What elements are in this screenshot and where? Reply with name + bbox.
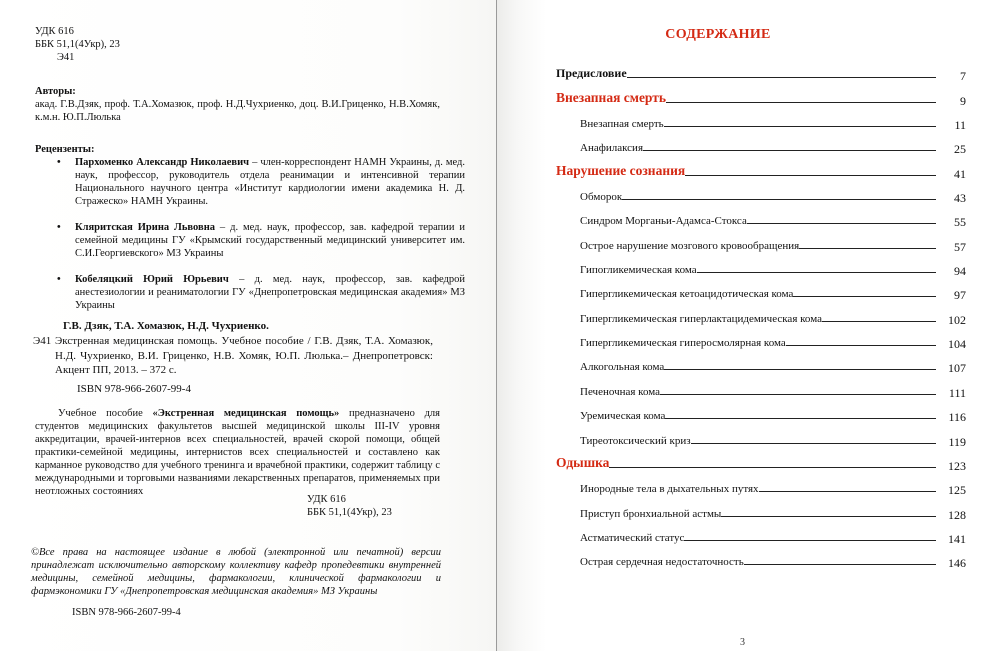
toc-entry-title: Гипергликемическая кетоацидотическая ком…	[556, 288, 793, 300]
toc-entry[interactable]: Астматический статус141	[556, 520, 966, 544]
toc-section[interactable]: Одышка123	[556, 447, 966, 471]
toc-entry[interactable]: Гипергликемическая гиперосмолярная кома1…	[556, 325, 966, 349]
bibliography-text: Экстренная медицинская помощь. Учебное п…	[33, 334, 433, 378]
toc-entry[interactable]: Уремическая кома116	[556, 398, 966, 422]
bbk-code: ББК 51,1(4Укр), 23	[35, 38, 120, 51]
reviewer-name: Кляритская Ирина Львовна	[75, 222, 215, 233]
reviewer-name: Пархоменко Александр Николаевич	[75, 157, 249, 168]
toc-entry-title: Гипергликемическая гиперосмолярная кома	[556, 337, 786, 349]
udk-code: УДК 616	[35, 25, 120, 38]
page-number: 3	[740, 637, 745, 648]
toc-entry[interactable]: Синдром Морганьи-Адамса-Стокса55	[556, 203, 966, 227]
udk-block-bottom: УДК 616 ББК 51,1(4Укр), 23	[307, 493, 392, 519]
toc-entry-title: Тиреотоксический криз	[556, 435, 691, 447]
toc-leader-line	[747, 223, 936, 224]
reviewer-item: •Кляритская Ирина Львовна – д. мед. наук…	[35, 221, 465, 260]
toc-entry[interactable]: Тиреотоксический криз119	[556, 422, 966, 446]
udk-code-bottom: УДК 616	[307, 493, 392, 506]
toc-entry-title: Острая сердечная недостаточность	[556, 556, 744, 568]
toc-leader-line	[666, 102, 936, 103]
reviewer-name: Кобеляцкий Юрий Юрьевич	[75, 274, 229, 285]
toc-leader-line	[664, 369, 936, 370]
toc-entry-title: Печеночная кома	[556, 386, 660, 398]
toc-leader-line	[759, 491, 936, 492]
toc-leader-line	[664, 126, 936, 127]
authors-block: Авторы: акад. Г.В.Дзяк, проф. Т.А.Хомазю…	[35, 85, 440, 124]
toc-entry[interactable]: Острое нарушение мозгового кровообращени…	[556, 227, 966, 251]
bibliography-entry: Э41 Экстренная медицинская помощь. Учебн…	[33, 334, 433, 378]
toc-leader-line	[665, 418, 936, 419]
toc-entry[interactable]: Внезапная смерть11	[556, 106, 966, 130]
toc-entry-title: Анафилаксия	[556, 142, 643, 154]
toc-entry-title: Предисловие	[556, 66, 627, 81]
description-title: «Экстренная медицинская помощь»	[153, 408, 340, 419]
toc-entry-title: Уремическая кома	[556, 410, 665, 422]
book-description: Учебное пособие «Экстренная медицинская …	[35, 407, 440, 498]
toc-leader-line	[660, 394, 936, 395]
toc-entry[interactable]: Анафилаксия25	[556, 130, 966, 154]
toc-entry-title: Синдром Морганьи-Адамса-Стокса	[556, 215, 747, 227]
toc-leader-line	[786, 345, 936, 346]
copyright-notice: ©Все права на настоящее издание в любой …	[31, 546, 441, 598]
description-lead: Учебное пособие	[58, 408, 153, 419]
bullet-icon: •	[57, 221, 61, 234]
toc-leader-line	[622, 199, 936, 200]
toc-entry[interactable]: Печеночная кома111	[556, 373, 966, 397]
toc-entry-title: Алкогольная кома	[556, 361, 664, 373]
toc-entry[interactable]: Обморок43	[556, 179, 966, 203]
toc-entry-title: Внезапная смерть	[556, 118, 664, 130]
toc-entry-title: Одышка	[556, 455, 609, 471]
reviewers-list: •Пархоменко Александр Николаевич – член-…	[35, 156, 455, 312]
toc-leader-line	[691, 443, 936, 444]
toc-leader-line	[685, 175, 936, 176]
toc-leader-line	[793, 296, 936, 297]
bbk-code-bottom: ББК 51,1(4Укр), 23	[307, 506, 392, 519]
toc-leader-line	[799, 248, 936, 249]
toc-entry-title: Приступ бронхиальной астмы	[556, 508, 721, 520]
toc-leader-line	[822, 321, 936, 322]
author-mark: Э41	[35, 51, 120, 64]
toc-entry[interactable]: Приступ бронхиальной астмы128	[556, 495, 966, 519]
authors-label: Авторы:	[35, 85, 440, 98]
toc-entry[interactable]: Острая сердечная недостаточность146	[556, 544, 966, 568]
description-body: предназначено для студентов медицинских …	[35, 408, 440, 497]
toc-entry[interactable]: Гипогликемическая кома94	[556, 252, 966, 276]
toc-leader-line	[697, 272, 936, 273]
toc-leader-line	[744, 564, 936, 565]
isbn-bottom: ISBN 978-966-2607-99-4	[72, 606, 181, 619]
reviewer-item: •Кобеляцкий Юрий Юрьевич – д. мед. наук,…	[35, 273, 465, 312]
reviewer-item: •Пархоменко Александр Николаевич – член-…	[35, 156, 465, 208]
toc-leader-line	[627, 77, 936, 78]
toc-entry-title: Инородные тела в дыхательных путях	[556, 483, 759, 495]
toc-entry-title: Обморок	[556, 191, 622, 203]
toc-section[interactable]: Нарушение сознания41	[556, 154, 966, 178]
toc-entry[interactable]: Гипергликемическая гиперлактацидемическа…	[556, 300, 966, 324]
toc-entry[interactable]: Инородные тела в дыхательных путях125	[556, 471, 966, 495]
toc-entry-title: Острое нарушение мозгового кровообращени…	[556, 240, 799, 252]
toc-section[interactable]: Предисловие7	[556, 57, 966, 81]
toc-entry[interactable]: Гипергликемическая кетоацидотическая ком…	[556, 276, 966, 300]
toc-entry-title: Внезапная смерть	[556, 90, 666, 106]
toc-leader-line	[643, 150, 936, 151]
bibliography-authors: Г.В. Дзяк, Т.А. Хомазюк, Н.Д. Чухриенко.	[63, 320, 269, 332]
authors-text: акад. Г.В.Дзяк, проф. Т.А.Хомазюк, проф.…	[35, 98, 440, 124]
udk-block-top: УДК 616 ББК 51,1(4Укр), 23 Э41	[35, 25, 120, 64]
toc-entry-title: Гипогликемическая кома	[556, 264, 697, 276]
toc-leader-line	[609, 467, 936, 468]
reviewers-block: Рецензенты: •Пархоменко Александр Никола…	[35, 143, 455, 325]
bullet-icon: •	[57, 156, 61, 169]
toc-leader-line	[721, 516, 936, 517]
isbn-top: ISBN 978-966-2607-99-4	[77, 383, 191, 395]
toc-entry-title: Астматический статус	[556, 532, 684, 544]
left-page: УДК 616 ББК 51,1(4Укр), 23 Э41 Авторы: а…	[0, 0, 497, 651]
toc-title: СОДЕРЖАНИЕ	[665, 27, 770, 43]
bullet-icon: •	[57, 273, 61, 286]
toc-leader-line	[684, 540, 936, 541]
toc-section[interactable]: Внезапная смерть9	[556, 81, 966, 105]
table-of-contents: Предисловие7Внезапная смерть9Внезапная с…	[556, 57, 966, 568]
reviewers-label: Рецензенты:	[35, 143, 455, 156]
book-spread: УДК 616 ББК 51,1(4Укр), 23 Э41 Авторы: а…	[0, 0, 988, 651]
toc-entry-title: Гипергликемическая гиперлактацидемическа…	[556, 313, 822, 325]
toc-entry[interactable]: Алкогольная кома107	[556, 349, 966, 373]
bibliography-code: Э41	[33, 334, 51, 349]
toc-entry-page: 146	[932, 556, 966, 571]
toc-entry-title: Нарушение сознания	[556, 163, 685, 179]
